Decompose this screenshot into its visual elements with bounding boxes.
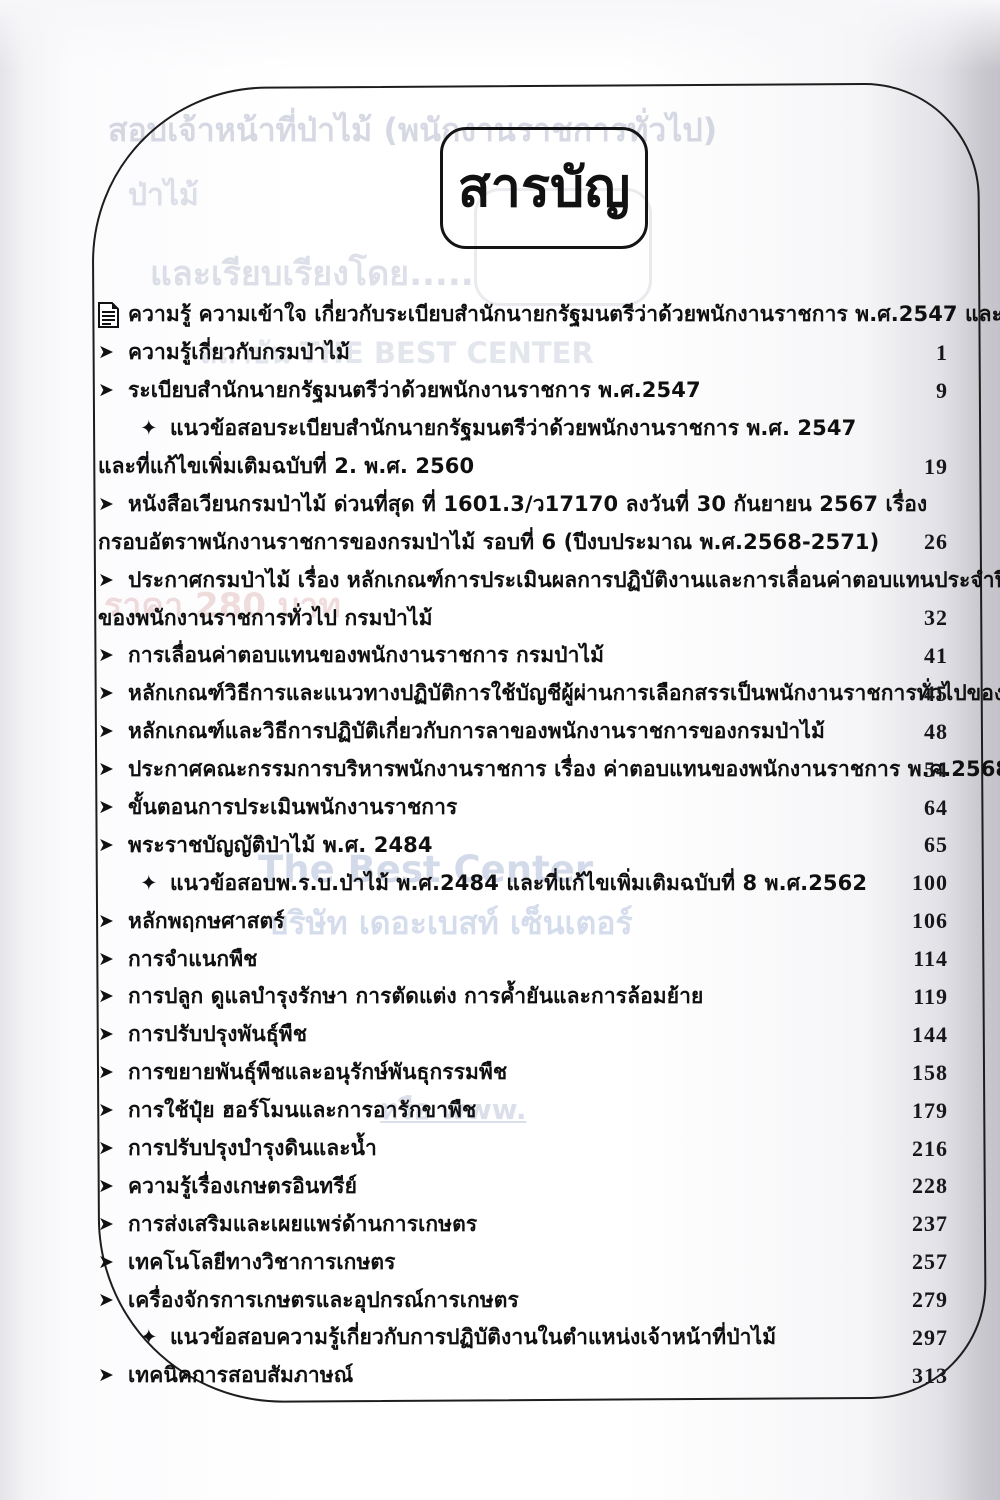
toc-row: ✦ แนวข้อสอบพ.ร.บ.ป่าไม้ พ.ศ.2484 และที่แ… bbox=[98, 864, 950, 902]
toc-page-number: 9 bbox=[886, 378, 948, 404]
star-bullet-icon: ✦ bbox=[140, 1327, 170, 1348]
arrow-bullet-icon: ➤ bbox=[98, 381, 128, 400]
toc-row: กรอบอัตราพนักงานราชการของกรมป่าไม้ รอบที… bbox=[98, 523, 950, 561]
toc-page-number: 106 bbox=[886, 908, 948, 934]
toc-row: ➤ พระราชบัญญัติป่าไม้ พ.ศ. 2484 65 bbox=[98, 826, 950, 864]
toc-entry-text: ของพนักงานราชการทั่วไป กรมป่าไม้ bbox=[98, 602, 433, 635]
toc-row: ➤ ระเบียบสำนักนายกรัฐมนตรีว่าด้วยพนักงาน… bbox=[98, 372, 950, 410]
toc-row: ➤ เครื่องจักรการเกษตรและอุปกรณ์การเกษตร … bbox=[98, 1281, 950, 1319]
arrow-bullet-icon: ➤ bbox=[98, 912, 128, 931]
toc-page-number: 158 bbox=[886, 1060, 948, 1086]
arrow-bullet-icon: ➤ bbox=[98, 798, 128, 817]
toc-row: ✦ แนวข้อสอบระเบียบสำนักนายกรัฐมนตรีว่าด้… bbox=[98, 410, 950, 448]
arrow-bullet-icon: ➤ bbox=[98, 987, 128, 1006]
toc-page-number: 228 bbox=[886, 1173, 948, 1199]
toc-entry-text: เครื่องจักรการเกษตรและอุปกรณ์การเกษตร bbox=[128, 1284, 519, 1317]
toc-page-number: 54 bbox=[886, 757, 948, 783]
toc-entry-text: พระราชบัญญัติป่าไม้ พ.ศ. 2484 bbox=[128, 829, 433, 862]
arrow-bullet-icon: ➤ bbox=[98, 722, 128, 741]
arrow-bullet-icon: ➤ bbox=[98, 1177, 128, 1196]
toc-row: ของพนักงานราชการทั่วไป กรมป่าไม้ 32 bbox=[98, 599, 950, 637]
toc-entry-text: การปรับปรุงพันธุ์พืช bbox=[128, 1018, 307, 1051]
toc-title-box: สารบัญ bbox=[440, 127, 648, 249]
arrow-bullet-icon: ➤ bbox=[98, 1215, 128, 1234]
toc-page-number: 1 bbox=[886, 340, 948, 366]
toc-page-number: 19 bbox=[886, 454, 948, 480]
toc-entry-text: การปลูก ดูแลบำรุงรักษา การตัดแต่ง การค้ำ… bbox=[128, 980, 703, 1013]
toc-page-number: 32 bbox=[886, 605, 948, 631]
toc-row: ➤ หลักพฤกษศาสตร์ 106 bbox=[98, 902, 950, 940]
arrow-bullet-icon: ➤ bbox=[98, 1063, 128, 1082]
toc-row: ➤ การปรับปรุงบำรุงดินและน้ำ 216 bbox=[98, 1130, 950, 1168]
toc-row: ➤ เทคโนโลยีทางวิชาการเกษตร 257 bbox=[98, 1243, 950, 1281]
toc-row: ➤ การจำแนกพืช 114 bbox=[98, 940, 950, 978]
arrow-bullet-icon: ➤ bbox=[98, 1291, 128, 1310]
toc-row: ➤ ความรู้เรื่องเกษตรอินทรีย์ 228 bbox=[98, 1167, 950, 1205]
toc-page-number: 313 bbox=[886, 1363, 948, 1389]
toc-row: ➤ การปรับปรุงพันธุ์พืช 144 bbox=[98, 1016, 950, 1054]
toc-page-number: 65 bbox=[886, 832, 948, 858]
arrow-bullet-icon: ➤ bbox=[98, 1101, 128, 1120]
toc-entry-text: ระเบียบสำนักนายกรัฐมนตรีว่าด้วยพนักงานรา… bbox=[128, 374, 701, 407]
arrow-bullet-icon: ➤ bbox=[98, 1139, 128, 1158]
toc-page-number: 237 bbox=[886, 1211, 948, 1237]
toc-row: ➤ การปลูก ดูแลบำรุงรักษา การตัดแต่ง การค… bbox=[98, 978, 950, 1016]
toc-entry-text: ประกาศกรมป่าไม้ เรื่อง หลักเกณฑ์การประเม… bbox=[128, 564, 1000, 597]
arrow-bullet-icon: ➤ bbox=[98, 571, 128, 590]
arrow-bullet-icon: ➤ bbox=[98, 1366, 128, 1385]
toc-page-number: 179 bbox=[886, 1098, 948, 1124]
toc-page-number: 26 bbox=[886, 529, 948, 555]
toc-entry-text: แนวข้อสอบความรู้เกี่ยวกับการปฏิบัติงานใน… bbox=[170, 1321, 776, 1354]
toc-page-number: 114 bbox=[886, 946, 948, 972]
toc-title: สารบัญ bbox=[458, 161, 631, 215]
toc-list: ความรู้ ความเข้าใจ เกี่ยวกับระเบียบสำนัก… bbox=[98, 296, 950, 1395]
arrow-bullet-icon: ➤ bbox=[98, 495, 128, 514]
arrow-bullet-icon: ➤ bbox=[98, 684, 128, 703]
toc-entry-text: เทคโนโลยีทางวิชาการเกษตร bbox=[128, 1246, 396, 1279]
toc-page-number: 119 bbox=[886, 984, 948, 1010]
toc-entry-text: ขั้นตอนการประเมินพนักงานราชการ bbox=[128, 791, 457, 824]
toc-row: ➤ หลักเกณฑ์วิธีการและแนวทางปฏิบัติการใช้… bbox=[98, 675, 950, 713]
arrow-bullet-icon: ➤ bbox=[98, 343, 128, 362]
toc-page-number: 297 bbox=[886, 1325, 948, 1351]
document-icon bbox=[98, 302, 128, 328]
arrow-bullet-icon: ➤ bbox=[98, 646, 128, 665]
arrow-bullet-icon: ➤ bbox=[98, 836, 128, 855]
toc-entry-text: ความรู้เกี่ยวกับกรมป่าไม้ bbox=[128, 336, 350, 369]
arrow-bullet-icon: ➤ bbox=[98, 1025, 128, 1044]
toc-entry-text: การจำแนกพืช bbox=[128, 943, 257, 976]
toc-entry-text: ความรู้เรื่องเกษตรอินทรีย์ bbox=[128, 1170, 357, 1203]
toc-page-number: 48 bbox=[886, 719, 948, 745]
toc-row: ➤ การใช้ปุ๋ย ฮอร์โมนและการอารักขาพืช 179 bbox=[98, 1092, 950, 1130]
toc-entry-text: การขยายพันธุ์พืชและอนุรักษ์พันธุกรรมพืช bbox=[128, 1056, 507, 1089]
toc-row: ➤ หนังสือเวียนกรมป่าไม้ ด่วนที่สุด ที่ 1… bbox=[98, 485, 950, 523]
star-bullet-icon: ✦ bbox=[140, 418, 170, 439]
toc-row: ➤ การส่งเสริมและเผยแพร่ด้านการเกษตร 237 bbox=[98, 1205, 950, 1243]
toc-entry-text: แนวข้อสอบระเบียบสำนักนายกรัฐมนตรีว่าด้วย… bbox=[170, 412, 856, 445]
toc-entry-text: การส่งเสริมและเผยแพร่ด้านการเกษตร bbox=[128, 1208, 477, 1241]
toc-entry-text: กรอบอัตราพนักงานราชการของกรมป่าไม้ รอบที… bbox=[98, 526, 879, 559]
toc-page-number: 144 bbox=[886, 1022, 948, 1048]
arrow-bullet-icon: ➤ bbox=[98, 1253, 128, 1272]
toc-row: ➤ ขั้นตอนการประเมินพนักงานราชการ 64 bbox=[98, 789, 950, 827]
toc-row: ความรู้ ความเข้าใจ เกี่ยวกับระเบียบสำนัก… bbox=[98, 296, 950, 334]
toc-page-number: 100 bbox=[886, 870, 948, 896]
toc-page-number: 45 bbox=[886, 681, 948, 707]
toc-row: และที่แก้ไขเพิ่มเติมฉบับที่ 2. พ.ศ. 2560… bbox=[98, 448, 950, 486]
toc-row: ➤ ประกาศกรมป่าไม้ เรื่อง หลักเกณฑ์การประ… bbox=[98, 561, 950, 599]
toc-page-number: 279 bbox=[886, 1287, 948, 1313]
star-bullet-icon: ✦ bbox=[140, 873, 170, 894]
toc-row: ➤ ประกาศคณะกรรมการบริหารพนักงานราชการ เร… bbox=[98, 751, 950, 789]
toc-page-number: 64 bbox=[886, 795, 948, 821]
toc-entry-text: หลักพฤกษศาสตร์ bbox=[128, 905, 285, 938]
toc-row: ✦ แนวข้อสอบความรู้เกี่ยวกับการปฏิบัติงาน… bbox=[98, 1319, 950, 1357]
toc-entry-text: การปรับปรุงบำรุงดินและน้ำ bbox=[128, 1132, 377, 1165]
toc-page-number: 257 bbox=[886, 1249, 948, 1275]
toc-row: ➤ เทคนิคการสอบสัมภาษณ์ 313 bbox=[98, 1357, 950, 1395]
toc-entry-text: และที่แก้ไขเพิ่มเติมฉบับที่ 2. พ.ศ. 2560 bbox=[98, 450, 474, 483]
toc-entry-text: ประกาศคณะกรรมการบริหารพนักงานราชการ เรื่… bbox=[128, 753, 1000, 786]
toc-entry-text: การใช้ปุ๋ย ฮอร์โมนและการอารักขาพืช bbox=[128, 1094, 476, 1127]
arrow-bullet-icon: ➤ bbox=[98, 760, 128, 779]
arrow-bullet-icon: ➤ bbox=[98, 950, 128, 969]
toc-entry-text: การเลื่อนค่าตอบแทนของพนักงานราชการ กรมป่… bbox=[128, 639, 604, 672]
toc-entry-text: หลักเกณฑ์และวิธีการปฏิบัติเกี่ยวกับการลา… bbox=[128, 715, 825, 748]
toc-page-number: 41 bbox=[886, 643, 948, 669]
toc-row: ➤ ความรู้เกี่ยวกับกรมป่าไม้ 1 bbox=[98, 334, 950, 372]
toc-row: ➤ หลักเกณฑ์และวิธีการปฏิบัติเกี่ยวกับการ… bbox=[98, 713, 950, 751]
toc-row: ➤ การขยายพันธุ์พืชและอนุรักษ์พันธุกรรมพื… bbox=[98, 1054, 950, 1092]
toc-entry-text: แนวข้อสอบพ.ร.บ.ป่าไม้ พ.ศ.2484 และที่แก้… bbox=[170, 867, 867, 900]
toc-row: ➤ การเลื่อนค่าตอบแทนของพนักงานราชการ กรม… bbox=[98, 637, 950, 675]
toc-entry-text: หนังสือเวียนกรมป่าไม้ ด่วนที่สุด ที่ 160… bbox=[128, 488, 927, 521]
toc-entry-text: ความรู้ ความเข้าใจ เกี่ยวกับระเบียบสำนัก… bbox=[128, 298, 1000, 331]
toc-page-number: 216 bbox=[886, 1136, 948, 1162]
toc-entry-text: เทคนิคการสอบสัมภาษณ์ bbox=[128, 1359, 353, 1392]
toc-entry-text: หลักเกณฑ์วิธีการและแนวทางปฏิบัติการใช้บั… bbox=[128, 677, 1000, 710]
